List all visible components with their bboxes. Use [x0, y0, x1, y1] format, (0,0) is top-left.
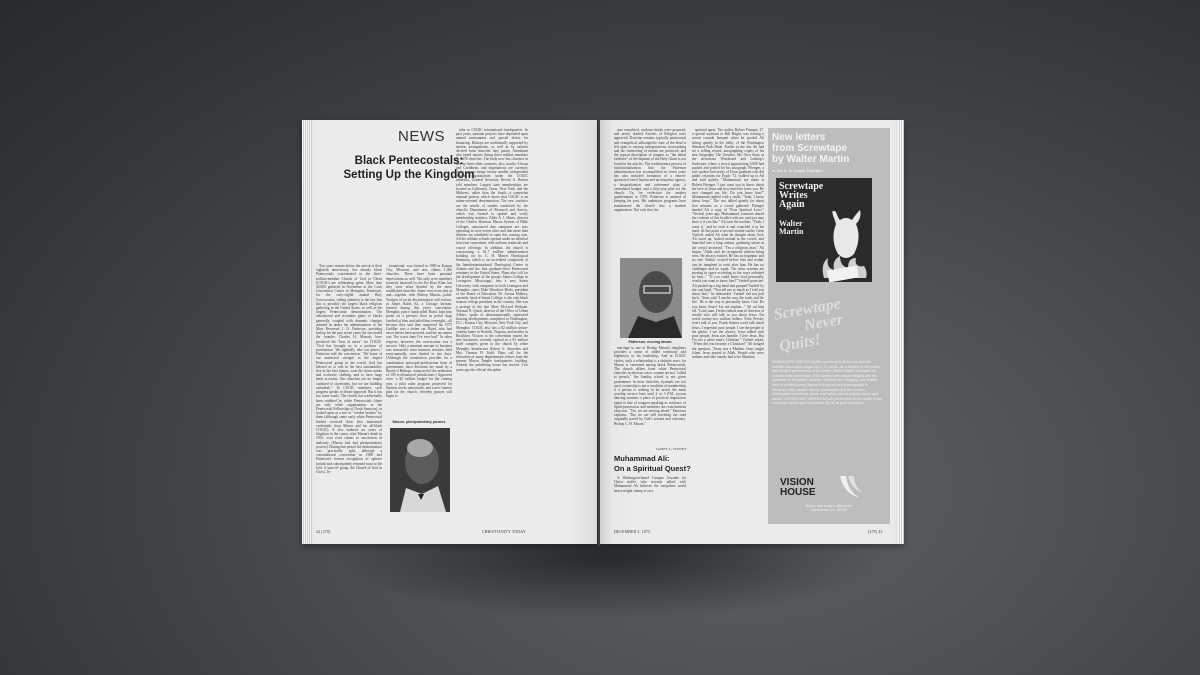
article-column-1: Two years remain before the arrival of t…: [316, 264, 382, 524]
subhead-line-2: On a Spiritual Quest?: [614, 464, 691, 474]
article-column-3: tithe to COGIC international headquarter…: [456, 128, 528, 524]
left-page: NEWS Black Pentecostals: Setting Up the …: [302, 120, 598, 544]
photo-caption: Patterson: moving ahead: [614, 340, 686, 344]
column-text: tithe to COGIC international headquarter…: [456, 128, 528, 372]
article-column-4: was completed, uniform rituals were prep…: [614, 128, 686, 256]
portrait-image: [620, 258, 682, 338]
right-page: was completed, uniform rituals were prep…: [600, 120, 904, 544]
book-title-line: Again: [779, 200, 823, 209]
byline: JAMES S. TINNEY: [656, 447, 687, 451]
book-title: Screwtape Writes Again: [779, 182, 823, 209]
page-number-right: [279] 43: [868, 530, 883, 534]
book-shadow: [330, 540, 890, 620]
column-text: A Washington-based Campus Crusade for Ch…: [614, 476, 686, 493]
book-advertisement: New letters from Screwtape by Walter Mar…: [768, 128, 890, 524]
magazine-footer: CHRISTIANITY TODAY: [482, 530, 526, 534]
column-text: ternational, was formed in 1969 in Kansa…: [386, 264, 452, 399]
ad-headline-line: New letters: [772, 132, 886, 143]
section-label: NEWS: [398, 128, 445, 145]
ad-body-text: SCREWTAPE WRITES AGAIN continues both th…: [772, 360, 884, 406]
page-number-left: 42 [278]: [316, 530, 331, 534]
sidebar-article-text: A Washington-based Campus Crusade for Ch…: [614, 476, 686, 496]
sidebar-headline: Muhammad Ali: On a Spiritual Quest?: [614, 454, 691, 474]
devil-flame-illustration: [820, 208, 870, 282]
book-author: Walter Martin: [779, 220, 803, 236]
ad-headline: New letters from Screwtape by Walter Mar…: [772, 132, 886, 165]
column-text: Two years remain before the arrival of t…: [316, 264, 382, 474]
page-edges: [302, 120, 312, 544]
article-column-2: ternational, was formed in 1969 in Kansa…: [386, 264, 452, 418]
ad-tagline: Screwtape Never Quits!: [773, 289, 890, 355]
ad-subline: in the C. S. Lewis Tradition: [772, 168, 823, 173]
vision-house-swoosh-icon: [838, 474, 862, 500]
portrait-photo-patterson: [620, 258, 682, 338]
publisher-address: Santa Ana, CA. 92705: [772, 508, 886, 512]
publisher-line: HOUSE: [780, 488, 816, 498]
column-text: marriage to one of Bishop Mason's daught…: [614, 346, 686, 426]
publisher-tagline: Books that make a difference Santa Ana, …: [772, 504, 886, 512]
book-cover: Screwtape Writes Again Walter Martin: [776, 178, 872, 282]
portrait-image: [390, 428, 450, 512]
portrait-photo-mason: [390, 428, 450, 512]
ad-headline-line: by Walter Martin: [772, 154, 886, 165]
publisher-logo: VISION HOUSE: [780, 478, 816, 498]
issue-date: DECEMBER 5, 1975: [614, 530, 650, 534]
subhead-line-1: Muhammad Ali:: [614, 454, 691, 464]
photo-caption: Mason: plenipotentiary powers: [386, 420, 452, 424]
ad-headline-line: from Screwtape: [772, 143, 886, 154]
book-author-line: Martin: [779, 228, 803, 236]
article-column-5: spiritual quest. The staffer, Robert Pit…: [692, 128, 764, 524]
column-text: was completed, uniform rituals were prep…: [614, 128, 686, 212]
article-column-4b: marriage to one of Bishop Mason's daught…: [614, 346, 686, 446]
column-text: spiritual quest. The staffer, Robert Pit…: [692, 128, 764, 359]
page-edges: [898, 120, 904, 544]
